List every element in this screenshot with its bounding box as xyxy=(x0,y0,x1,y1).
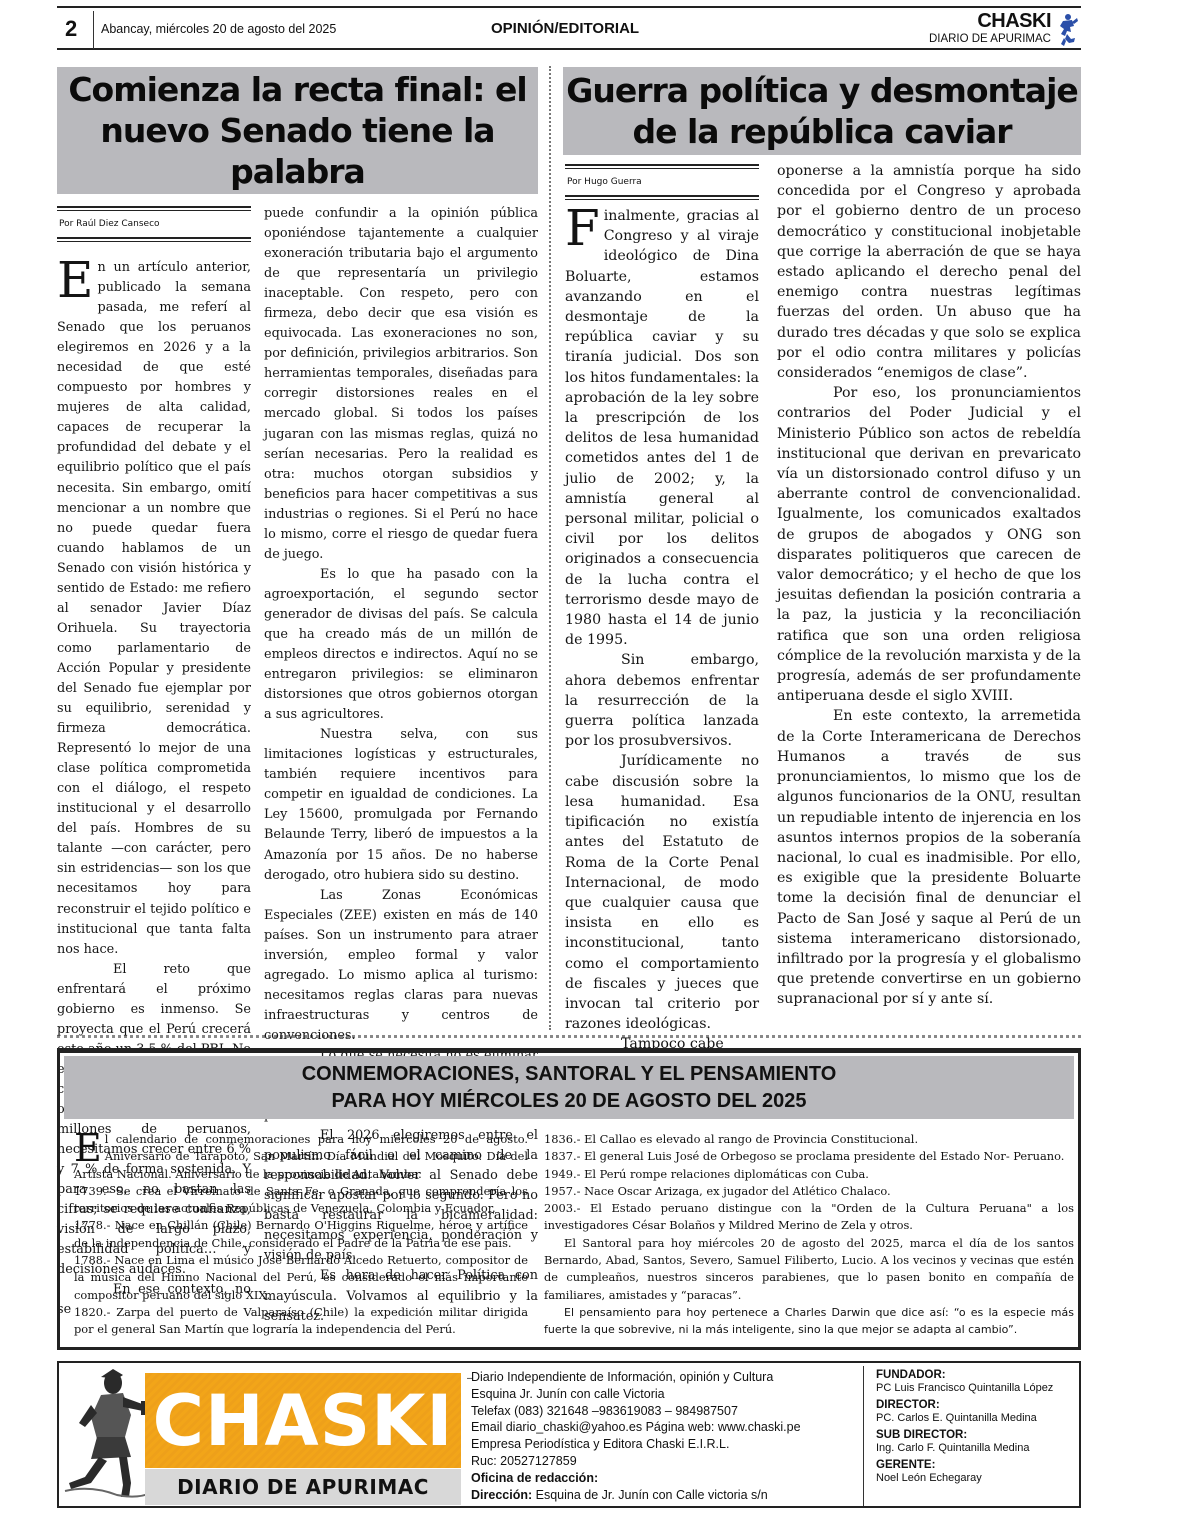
column-separator xyxy=(549,66,551,1030)
paragraph: Finalmente, gracias al Congreso y al vir… xyxy=(565,206,759,650)
page-number: 2 xyxy=(65,16,77,42)
dateline: Abancay, miércoles 20 de agosto del 2025 xyxy=(101,22,336,36)
chaski-runner-illustration-icon xyxy=(61,1365,153,1505)
article-column-3: Finalmente, gracias al Congreso y al vir… xyxy=(565,206,759,1055)
staff-entry: SUB DIRECTOR: Ing. Carlo F. Quintanilla … xyxy=(876,1429,1079,1454)
article-column-4: oponerse a la amnistía porque ha sido co… xyxy=(777,161,1081,1010)
paragraph: Por eso, los pronunciamientos contrarios… xyxy=(777,383,1081,706)
byline: Por Raúl Diez Canseco xyxy=(57,211,251,237)
staff-name: Ing. Carlo F. Quintanilla Medina xyxy=(876,1442,1079,1455)
staff-role: SUB DIRECTOR: xyxy=(876,1429,1079,1442)
staff-name: PC Luis Francisco Quintanilla López xyxy=(876,1382,1079,1395)
info-line: Diario Independiente de Información, opi… xyxy=(471,1369,861,1386)
dash-mark: – xyxy=(467,1371,473,1388)
paragraph: oponerse a la amnistía porque ha sido co… xyxy=(777,161,1081,383)
byline-block-left: Por Raúl Diez Canseco xyxy=(57,206,251,242)
commemorations-right-column: 1836.- El Callao es elevado al rango de … xyxy=(544,1131,1074,1339)
paragraph: Nuestra selva, con sus limitaciones logí… xyxy=(264,725,538,885)
rule xyxy=(57,237,251,242)
info-line: Ruc: 20527127859 xyxy=(471,1453,861,1470)
staff-entry: GERENTE: Noel León Echegaray xyxy=(876,1459,1079,1484)
logo-subtitle: DIARIO DE APURIMAC xyxy=(145,1469,461,1505)
info-line: Telefax (083) 321648 –983619083 – 984987… xyxy=(471,1403,861,1420)
office-label: Oficina de redacción: xyxy=(471,1470,861,1487)
dropcap: E xyxy=(74,1133,102,1163)
paragraph: Las Zonas Económicas Especiales (ZEE) ex… xyxy=(264,886,538,1046)
paragraph: puede confundir a la opinión pública opo… xyxy=(264,204,538,565)
commemorations-box: CONMEMORACIONES, SANTORAL Y EL PENSAMIEN… xyxy=(57,1048,1081,1350)
staff-name: Noel León Echegaray xyxy=(876,1472,1079,1485)
commemorations-title: CONMEMORACIONES, SANTORAL Y EL PENSAMIEN… xyxy=(64,1056,1074,1119)
header-divider xyxy=(93,11,94,49)
event-entry: 1837.- El general Luis José de Orbegoso … xyxy=(544,1148,1074,1165)
staff-name: PC. Carlos E. Quintanilla Medina xyxy=(876,1412,1079,1425)
event-entry: 1820.- Zarpa del puerto de Valparaíso (C… xyxy=(74,1304,528,1339)
brand-name: CHASKI xyxy=(929,10,1051,32)
brand-subtitle: DIARIO DE APURIMAC xyxy=(929,32,1051,46)
address-line: Dirección: Esquina de Jr. Junín con Call… xyxy=(471,1487,861,1504)
info-line: Esquina Jr. Junín con calle Victoria xyxy=(471,1386,861,1403)
thought-author: Charles Darwin xyxy=(785,1306,870,1319)
info-line: Empresa Periodística y Editora Chaski E.… xyxy=(471,1436,861,1453)
header-brand: CHASKI DIARIO DE APURIMAC xyxy=(929,10,1051,46)
event-entry: 1788.- Nace en Lima el músico José Berna… xyxy=(74,1252,528,1304)
staff-list: FUNDADOR: PC Luis Francisco Quintanilla … xyxy=(863,1366,1079,1506)
commemorations-intro: El calendario de conmemoraciones para ho… xyxy=(74,1131,528,1183)
staff-entry: DIRECTOR: PC. Carlos E. Quintanilla Medi… xyxy=(876,1399,1079,1424)
byline: Por Hugo Guerra xyxy=(565,169,759,195)
paragraph: Sin embargo, ahora debemos enfrentar la … xyxy=(565,650,759,751)
event-entry: 1949.- El Perú rompe relaciones diplomát… xyxy=(544,1166,1074,1183)
masthead-footer: CHASKI DIARIO DE APURIMAC – Diario Indep… xyxy=(57,1361,1081,1508)
dropcap: E xyxy=(57,260,94,300)
event-entry: 1778.- Nace en Chillán (Chile) Bernardo … xyxy=(74,1217,528,1252)
headline-senado: Comienza la recta final: el nuevo Senado… xyxy=(57,67,538,194)
byline-block-right: Por Hugo Guerra xyxy=(565,164,759,200)
page-header: 2 Abancay, miércoles 20 de agosto del 20… xyxy=(57,6,1081,50)
dropcap: F xyxy=(565,208,600,248)
santoral: El Santoral para hoy miércoles 20 de ago… xyxy=(544,1235,1074,1304)
thought-of-day: El pensamiento para hoy pertenece a Char… xyxy=(544,1304,1074,1339)
headline-guerra-politica: Guerra política y desmontaje de la repúb… xyxy=(563,67,1081,155)
paragraph: Jurídicamente no cabe discusión sobre la… xyxy=(565,751,759,1034)
staff-entry: FUNDADOR: PC Luis Francisco Quintanilla … xyxy=(876,1369,1079,1394)
paragraph: En un artículo anterior, publicado la se… xyxy=(57,258,251,960)
section-title: OPINIÓN/EDITORIAL xyxy=(491,20,639,37)
paragraph: En este contexto, la arremetida de la Co… xyxy=(777,706,1081,1009)
publisher-info: – Diario Independiente de Información, o… xyxy=(471,1369,861,1503)
event-entry: 1739.- Se crea el Virreinato de Santa Fe… xyxy=(74,1183,528,1218)
paragraph: Es lo que ha pasado con la agroexportaci… xyxy=(264,565,538,725)
staff-role: GERENTE: xyxy=(876,1459,1079,1472)
chaski-runner-emblem-icon xyxy=(1055,12,1079,48)
event-entry: 2003.- El Estado peruano distingue con l… xyxy=(544,1200,1074,1235)
commemorations-left-column: El calendario de conmemoraciones para ho… xyxy=(74,1131,528,1339)
event-entry: 1836.- El Callao es elevado al rango de … xyxy=(544,1131,1074,1148)
staff-role: FUNDADOR: xyxy=(876,1369,1079,1382)
event-entry: 1957.- Nace Oscar Arizaga, ex jugador de… xyxy=(544,1183,1074,1200)
info-line: Email diario_chaski@yahoo.es Página web:… xyxy=(471,1419,861,1436)
logo-wordmark: CHASKI xyxy=(145,1373,461,1468)
staff-role: DIRECTOR: xyxy=(876,1399,1079,1412)
